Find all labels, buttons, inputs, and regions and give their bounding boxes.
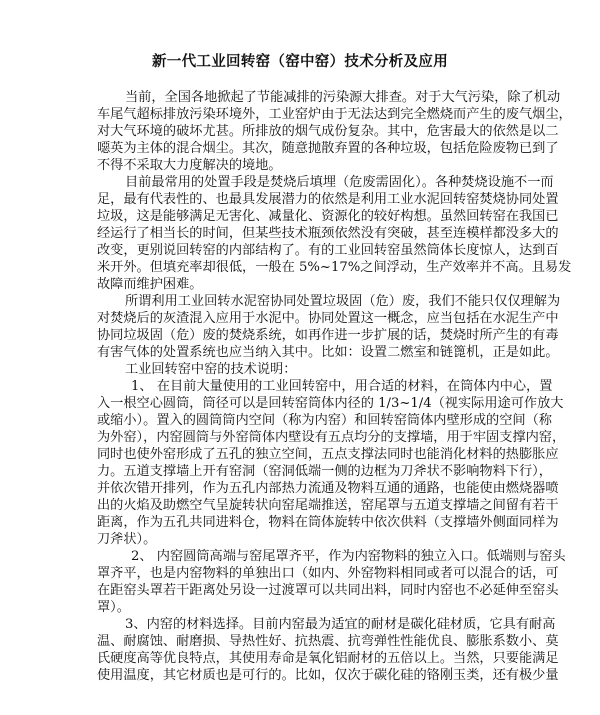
section-heading-tech: 工业回转窑中窑的技术说明：: [97, 361, 506, 378]
document-body: 当前，全国各地掀起了节能减排的污染源大排查。对于大气污染，除了机动 车尾气超标排…: [97, 89, 506, 684]
text-line: 故障而维护困难。: [97, 276, 506, 293]
text-line: 有害气体的处置系统也应当纳入其中。比如：设置二燃室和链篦机，正是如此。: [97, 344, 506, 361]
list-item-3: 3、内窑的材料选择。目前内窑最为适宜的耐材是碳化硅材质，它具有耐高 温、耐腐蚀、…: [97, 616, 506, 684]
text-line: 力。五道支撑墙上开有窑洞（窑洞低端一侧的边框为刀斧状不影响物料下行），: [97, 463, 506, 480]
text-line: 或缩小）。置入的圆筒筒内空间（称为内窑）和回转窑筒体内壁形成的空间（称: [97, 412, 506, 429]
text-line: 车尾气超标排放污染环境外，工业窑炉由于无法达到完全燃烧而产生的废气烟尘，: [97, 106, 506, 123]
text-line: 出的火焰及助燃空气呈旋转状向窑尾端推送，窑尾罩与五道支撑墙之间留有若干: [97, 497, 506, 514]
text-line: 1、 在目前大量使用的工业回转窑中，用合适的材料，在筒体内中心，置: [97, 378, 506, 395]
text-line: 所谓利用工业回转水泥窑协同处置垃圾固（危）废，我们不能只仅仅理解为: [97, 293, 506, 310]
paragraph-current-methods: 目前最常用的处置手段是焚烧后填埋（危废需固化）。各种焚烧设施不一而 足，最有代表…: [97, 174, 506, 293]
paragraph-co-processing: 所谓利用工业回转水泥窑协同处置垃圾固（危）废，我们不能只仅仅理解为 对焚烧后的灰…: [97, 293, 506, 361]
text-line: 垃圾，这是能够满足无害化、减量化、资源化的较好构想。虽然回转窑在我国已: [97, 208, 506, 225]
text-line: 米开外。但填充率却很低，一般在 5%~17%之间浮动，生产效率并不高。且易发: [97, 259, 506, 276]
text-line: 2、 内窑圆筒高端与窑尾罩齐平，作为内窑物料的独立入口。低端则与窑头: [97, 548, 506, 565]
text-line: 温、耐腐蚀、耐磨损、导热性好、抗热震、抗弯弹性性能优良、膨胀系数小、莫: [97, 633, 506, 650]
text-line: 使用温度，其它材质也是可行的。比如，仅次于碳化硅的铬刚玉类，还有极少量: [97, 667, 506, 684]
text-line: 噁英为主体的混合烟尘。其次，随意抛散弃置的各种垃圾，包括危险废物已到了: [97, 140, 506, 157]
text-line: 对焚烧后的灰渣混入应用于水泥中。协同处置这一概念，应当包括在水泥生产中: [97, 310, 506, 327]
text-line: 在距窑头罩若干距离处另设一过渡罩可以共同出料，同时内窑也不必延伸至窑头: [97, 582, 506, 599]
text-line: 罩）。: [97, 599, 506, 616]
text-line: 目前最常用的处置手段是焚烧后填埋（危废需固化）。各种焚烧设施不一而: [97, 174, 506, 191]
paragraph-intro: 当前，全国各地掀起了节能减排的污染源大排查。对于大气污染，除了机动 车尾气超标排…: [97, 89, 506, 174]
list-item-2: 2、 内窑圆筒高端与窑尾罩齐平，作为内窑物料的独立入口。低端则与窑头 罩齐平，也…: [97, 548, 506, 616]
text-line: 当前，全国各地掀起了节能减排的污染源大排查。对于大气污染，除了机动: [97, 89, 506, 106]
text-line: 不得不采取大力度解决的境地。: [97, 157, 506, 174]
text-line: 3、内窑的材料选择。目前内窑最为适宜的耐材是碳化硅材质，它具有耐高: [97, 616, 506, 633]
text-line: 改变，更别说回转窑的内部结构了。有的工业回转窑虽然筒体长度惊人，达到百: [97, 242, 506, 259]
text-line: 为外窑），内窑圆筒与外窑筒体内壁设有五点均分的支撑墙，用于牢固支撑内窑，: [97, 429, 506, 446]
text-line: 罩齐平，也是内窑物料的单独出口（如内、外窑物料相同或者可以混合的话，可: [97, 565, 506, 582]
text-line: 入一根空心圆筒，筒径可以是回转窑筒体内径的 1/3~1/4（视实际用途可作放大: [97, 395, 506, 412]
text-line: 刀斧状）。: [97, 531, 506, 548]
text-line: 对大气环境的破坏尤甚。所排放的烟气成份复杂。其中，危害最大的依然是以二: [97, 123, 506, 140]
text-line: 经运行了相当长的时间，但某些技术瓶颈依然没有突破，甚至连模样都没多大的: [97, 225, 506, 242]
text-line: 同时也使外窑形成了五孔的独立空间，五点支撑法同时也能消化材料的热膨胀应: [97, 446, 506, 463]
text-line: 工业回转窑中窑的技术说明：: [97, 361, 506, 378]
text-line: 足，最有代表性的、也最具发展潜力的依然是利用工业水泥回转窑焚烧协同处置: [97, 191, 506, 208]
text-line: 并依次错开排列，作为五孔内部热力流通及物料互通的通路，也能使由燃烧器喷: [97, 480, 506, 497]
document-title: 新一代工业回转窑（窑中窑）技术分析及应用: [0, 53, 600, 71]
text-line: 氏硬度高等优良特点，其使用寿命是氧化铝耐材的五倍以上。当然，只要能满足: [97, 650, 506, 667]
text-line: 协同垃圾固（危）废的焚烧系统，如再作进一步扩展的话，焚烧时所产生的有毒: [97, 327, 506, 344]
list-item-1: 1、 在目前大量使用的工业回转窑中，用合适的材料，在筒体内中心，置 入一根空心圆…: [97, 378, 506, 548]
text-line: 距离，作为五孔共同进料仓，物料在筒体旋转中依次供料（支撑墙外侧面同样为: [97, 514, 506, 531]
